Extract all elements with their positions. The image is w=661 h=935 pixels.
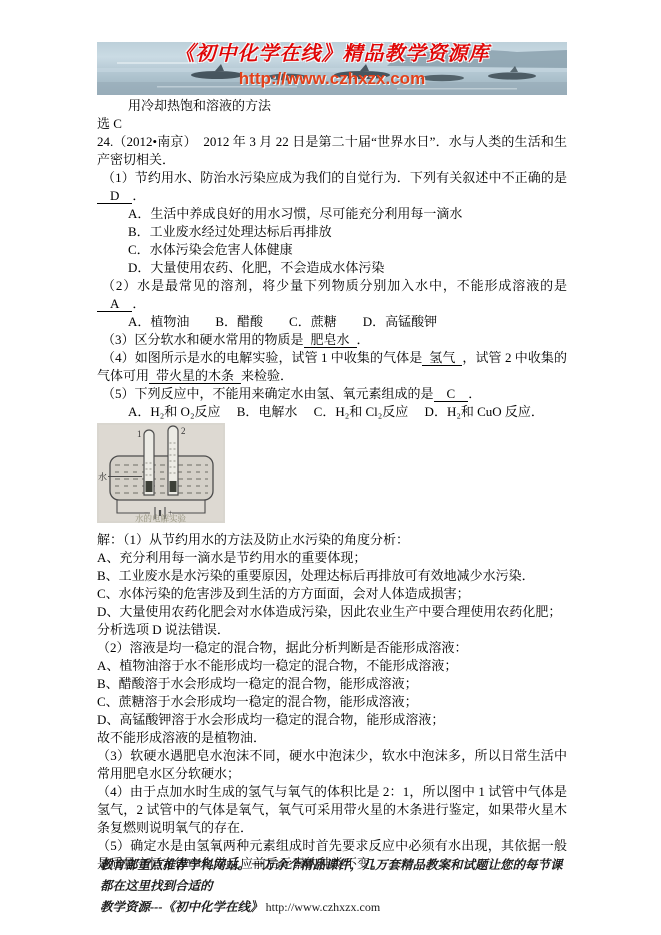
question-stem: 24.（2012•南京） 2012 年 3 月 22 日是第二十届“世界水日”．… [97, 133, 567, 169]
q1-option-b: B．工业废水经过处理达标后再排放 [128, 223, 598, 241]
q1-option-d: D．大量使用农药、化肥，不会造成水体污染 [128, 259, 598, 277]
q5-tail: ． [468, 386, 481, 401]
footer-source-line: 教学资源---《初中化学在线》 http://www.czhxzx.com [100, 897, 565, 918]
q5-options-line: A．H₂和 O₂反应 B．电解水 C．H₂和 Cl₂反应 D．H₂和 CuO 反… [128, 403, 598, 421]
question-part-1: （1）节约用水、防治水污染应成为我们的自觉行为．下列有关叙述中不正确的是D． [97, 169, 567, 205]
q3-tail: ． [357, 332, 370, 347]
q1-answer-blank: D [97, 188, 132, 204]
document-page: 《初中化学在线》精品教学资源库 http://www.czhxzx.com 用冷… [0, 0, 661, 935]
document-content: 《初中化学在线》精品教学资源库 http://www.czhxzx.com 用冷… [97, 42, 567, 873]
tube-2-label: 2 [181, 426, 186, 436]
method-note-line: 用冷却热饱和溶液的方法 [128, 97, 598, 115]
solution-line: 故不能形成溶液的是植物油． [97, 729, 567, 747]
q3-answer-blank: 肥皂水 [304, 332, 357, 348]
solution-line: D、高锰酸钾溶于水会形成均一稳定的混合物，能形成溶液； [97, 711, 567, 729]
q1-text: （1）节约用水、防治水污染应成为我们的自觉行为．下列有关叙述中不正确的是 [102, 170, 567, 185]
footer-url-link[interactable]: http://www.czhxzx.com [266, 900, 381, 914]
solution-line: 解：（1）从节约用水的方法及防止水污染的角度分析： [97, 531, 567, 549]
solution-line: C、水体污染的危害涉及到生活的方方面面，会对人体造成损害； [97, 585, 567, 603]
electrolysis-figure: 1 2 水 − + 水的电解实验 [97, 423, 225, 523]
solution-line: D、大量使用农药化肥会对水体造成污染，因此农业生产中要合理使用农药化肥； [97, 603, 567, 621]
solution-line: A、充分利用每一滴水是节约用水的重要体现； [97, 549, 567, 567]
q1-option-a: A．生活中养成良好的用水习惯，尽可能充分利用每一滴水 [128, 205, 598, 223]
question-part-3: （3）区分软水和硬水常用的物质是肥皂水． [97, 331, 567, 349]
q1-option-c: C．水体污染会危害人体健康 [128, 241, 598, 259]
solution-line: B、醋酸溶于水会形成均一稳定的混合物，能形成溶液； [97, 675, 567, 693]
q3-text: （3）区分软水和硬水常用的物质是 [102, 332, 304, 347]
figure-caption: 水的电解实验 [135, 514, 187, 524]
solution-line: B、工业废水是水污染的重要原因，处理达标后再排放可有效地减少水污染． [97, 567, 567, 585]
page-footer: 教育部重点推荐学科网站。一万余个精品课件，几万套精品教案和试题让您的每节课都在这… [100, 855, 565, 918]
banner-url-link[interactable]: http://www.czhxzx.com [97, 70, 567, 88]
q4-answer1-blank: 氢气 [422, 350, 462, 366]
q1-tail: ． [132, 188, 145, 203]
q4-tail: 来检验． [241, 368, 293, 383]
site-banner: 《初中化学在线》精品教学资源库 http://www.czhxzx.com [97, 42, 567, 95]
q2-text: （2）水是最常见的溶剂，将少量下列物质分别加入水中，不能形成溶液的是 [102, 278, 567, 293]
solution-section: 解：（1）从节约用水的方法及防止水污染的角度分析： A、充分利用每一滴水是节约用… [97, 531, 567, 873]
footer-source-text: 教学资源---《初中化学在线》 [100, 900, 263, 914]
solution-line: （3）软硬水遇肥皂水泡沫不同，硬水中泡沫少，软水中泡沫多，所以日常生活中常用肥皂… [97, 747, 567, 783]
solution-line: （2）溶液是均一稳定的混合物，据此分析判断是否能形成溶液： [97, 639, 567, 657]
q4-answer2-blank: 带火星的木条 [149, 368, 241, 384]
question-part-5: （5）下列反应中，不能用来确定水由氢、氧元素组成的是C． [97, 385, 567, 403]
q4-text: （4）如图所示是水的电解实验，试管 1 中收集的气体是 [102, 350, 422, 365]
q2-options-line: A．植物油 B．醋酸 C．蔗糖 D．高锰酸钾 [128, 313, 598, 331]
banner-title: 《初中化学在线》精品教学资源库 [97, 45, 567, 63]
water-label: 水 [98, 471, 107, 482]
electrolysis-diagram: 1 2 水 − + 水的电解实验 [97, 423, 225, 523]
q5-text: （5）下列反应中，不能用来确定水由氢、氧元素组成的是 [102, 386, 434, 401]
solution-line: A、植物油溶于水不能形成均一稳定的混合物，不能形成溶液； [97, 657, 567, 675]
solution-line: （4）由于点加水时生成的氢气与氧气的体积比是 2：1，所以图中 1 试管中气体是… [97, 783, 567, 837]
solution-line: C、蔗糖溶于水会形成均一稳定的混合物，能形成溶液； [97, 693, 567, 711]
tube-1-label: 1 [137, 429, 142, 439]
q2-tail: ． [132, 296, 145, 311]
question-part-2: （2）水是最常见的溶剂，将少量下列物质分别加入水中，不能形成溶液的是A． [97, 277, 567, 313]
question-part-4: （4）如图所示是水的电解实验，试管 1 中收集的气体是氢气，试管 2 中收集的气… [97, 349, 567, 385]
footer-slogan-line: 教育部重点推荐学科网站。一万余个精品课件，几万套精品教案和试题让您的每节课都在这… [100, 855, 565, 897]
q2-answer-blank: A [97, 296, 132, 312]
q5-answer-blank: C [434, 386, 469, 402]
chosen-answer-line: 选 C [97, 115, 567, 133]
solution-line: 分析选项 D 说法错误． [97, 621, 567, 639]
